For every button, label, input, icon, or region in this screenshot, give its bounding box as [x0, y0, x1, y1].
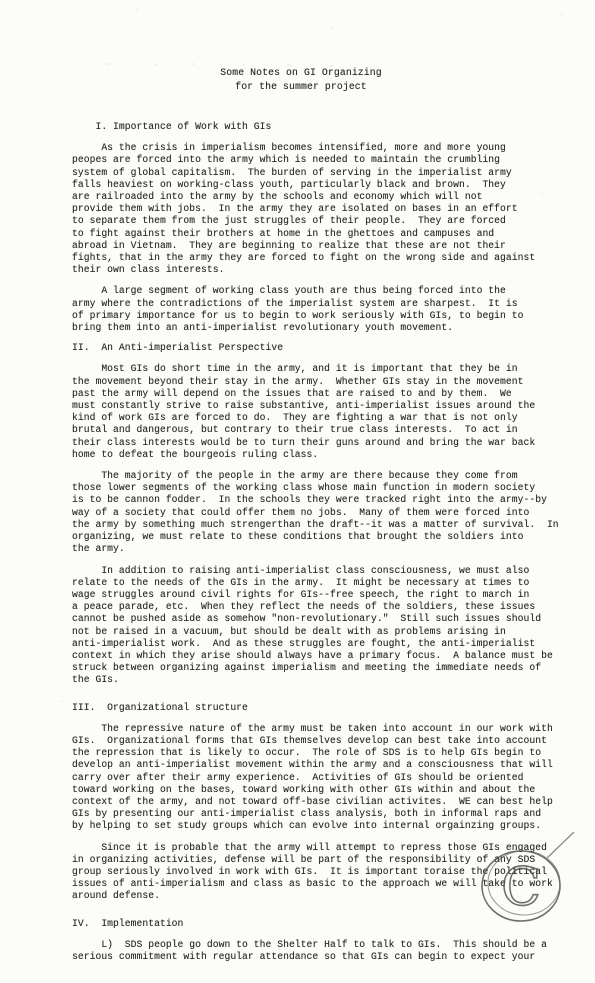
scan-speck — [328, 65, 334, 67]
scanned-document-page: Some Notes on GI Organizing for the summ… — [0, 0, 595, 983]
paragraph: The majority of the people in the army a… — [72, 470, 595, 555]
document-title: Some Notes on GI Organizing for the summ… — [66, 66, 536, 93]
scan-speck — [110, 196, 113, 199]
paragraph: L) SDS people go down to the Shelter Hal… — [72, 939, 595, 963]
scan-speck — [192, 63, 195, 65]
scan-speck — [286, 64, 292, 66]
scan-speck — [107, 63, 111, 65]
section-heading-anti-imperialist-perspective: II. An Anti-imperialist Perspective — [72, 342, 595, 354]
section-heading-implementation: IV. Implementation — [72, 918, 595, 930]
scan-speck — [135, 8, 138, 10]
paragraph: The repressive nature of the army must b… — [72, 723, 595, 833]
paragraph: In addition to raising anti-imperialist … — [72, 565, 595, 687]
scan-speck — [560, 14, 562, 16]
scan-speck — [242, 64, 245, 66]
scan-speck — [60, 700, 63, 702]
scan-speck — [155, 64, 158, 66]
section-heading-importance-of-work-with-gis: I. Importance of Work with GIs — [72, 121, 595, 133]
scan-speck — [330, 27, 333, 29]
paragraph: A large segment of working class youth a… — [72, 285, 595, 334]
scan-speck — [540, 193, 543, 195]
paragraph: Since it is probable that the army will … — [72, 842, 595, 903]
document-text-column: Some Notes on GI Organizing for the summ… — [72, 0, 595, 963]
paragraph: Most GIs do short time in the army, and … — [72, 363, 595, 461]
paragraph: As the crisis in imperialism becomes int… — [72, 142, 595, 276]
section-heading-organizational-structure: III. Organizational structure — [72, 702, 595, 714]
